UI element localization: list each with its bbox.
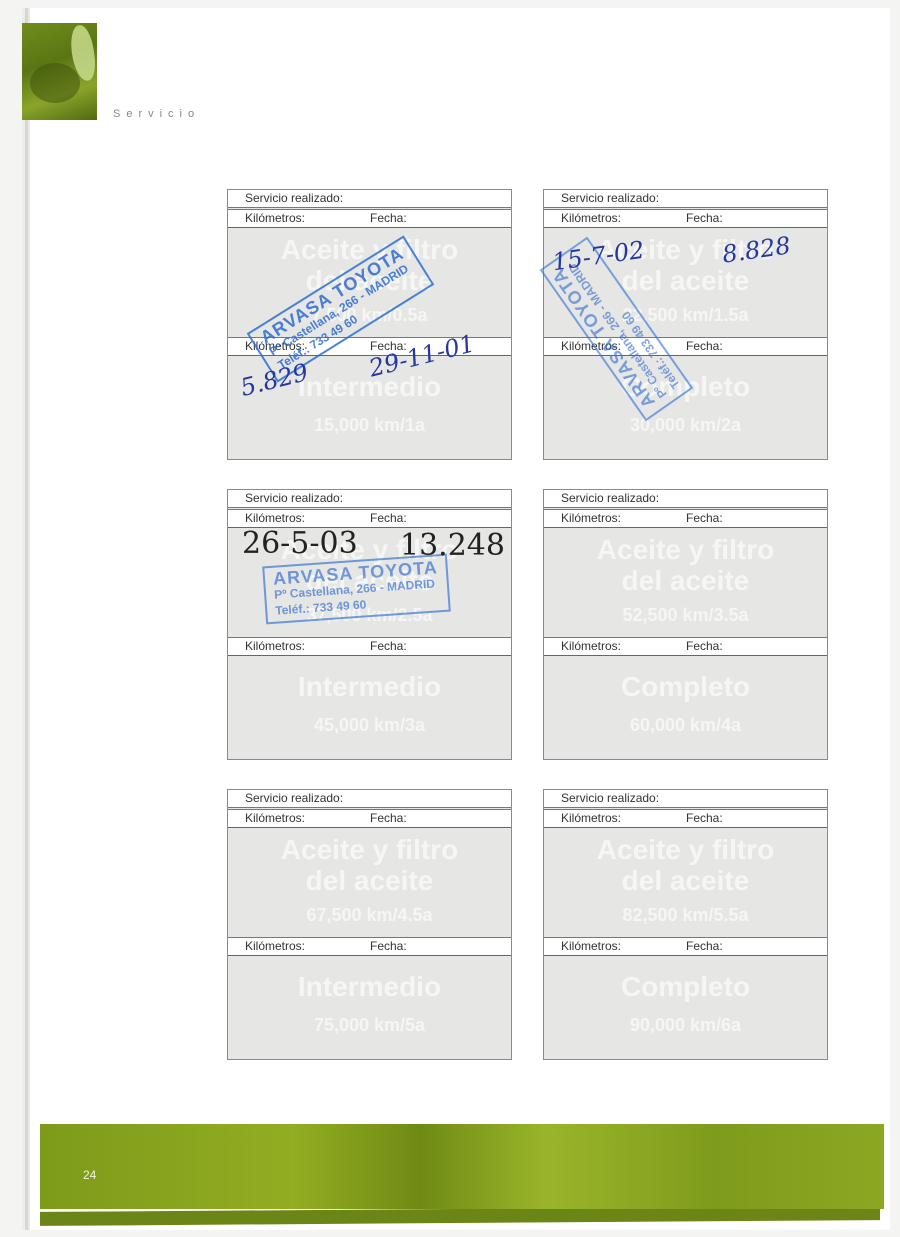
- km-date-row: Kilómetros:Fecha:: [544, 809, 827, 828]
- km-label: Kilómetros:: [245, 810, 305, 827]
- service-2-interval: 60,000 km/4a: [544, 714, 827, 736]
- km-date-row: Kilómetros:Fecha:: [544, 209, 827, 228]
- service-1-title-l2: del aceite: [544, 865, 827, 896]
- service-done-row: Servicio realizado:: [228, 790, 511, 808]
- service-done-row: Servicio realizado:: [228, 490, 511, 508]
- km-date-row: Kilómetros:Fecha:: [544, 937, 827, 956]
- km-label: Kilómetros:: [561, 810, 621, 827]
- service-1-interval: 67,500 km/4.5a: [228, 904, 511, 926]
- service-done-label: Servicio realizado:: [561, 490, 659, 507]
- service-done-row: Servicio realizado:: [544, 790, 827, 808]
- leaf-shadow: [30, 63, 80, 103]
- service-1-title-l1: Aceite y filtro: [544, 534, 827, 565]
- date-label: Fecha:: [686, 810, 723, 827]
- date-label: Fecha:: [686, 938, 723, 955]
- km-date-row: Kilómetros:Fecha:: [544, 637, 827, 656]
- service-2-interval: 30,000 km/2a: [544, 414, 827, 436]
- service-1-title-l1: Aceite y filtro: [544, 834, 827, 865]
- km-date-row: Kilómetros:Fecha:: [228, 937, 511, 956]
- km-date-row: Kilómetros:Fecha:: [228, 809, 511, 828]
- km-label: Kilómetros:: [561, 510, 621, 527]
- km-label: Kilómetros:: [245, 510, 305, 527]
- service-done-row: Servicio realizado:: [228, 190, 511, 208]
- service-1-title-l1: Aceite y filtro: [228, 834, 511, 865]
- page-number: 24: [83, 1168, 96, 1182]
- service-2-title: Intermedio: [228, 970, 511, 1004]
- service-2-block: Completo60,000 km/4a: [544, 670, 827, 750]
- date-label: Fecha:: [370, 510, 407, 527]
- handwritten-date: 26-5-03: [242, 526, 358, 561]
- km-date-row: Kilómetros:Fecha:: [544, 337, 827, 356]
- service-card-5: Servicio realizado: Kilómetros:Fecha: Ac…: [227, 789, 512, 1060]
- km-date-row: Kilómetros:Fecha:: [544, 509, 827, 528]
- service-done-label: Servicio realizado:: [561, 790, 659, 807]
- km-label: Kilómetros:: [561, 938, 621, 955]
- service-2-title: Completo: [544, 670, 827, 704]
- service-2-title: Intermedio: [228, 670, 511, 704]
- service-1-title-l2: del aceite: [544, 565, 827, 596]
- service-1-block: Aceite y filtrodel aceite82,500 km/5.5a: [544, 834, 827, 934]
- service-1-title-l2: del aceite: [228, 865, 511, 896]
- km-label: Kilómetros:: [561, 638, 621, 655]
- service-card-4: Servicio realizado: Kilómetros:Fecha: Ac…: [543, 489, 828, 760]
- header-leaf-image: [22, 23, 97, 120]
- service-2-interval: 45,000 km/3a: [228, 714, 511, 736]
- service-card-3: Servicio realizado: Kilómetros:Fecha: Ac…: [227, 489, 512, 760]
- section-label: Servicio: [113, 108, 200, 120]
- footer-band: 24: [40, 1124, 884, 1209]
- service-1-block: Aceite y filtrodel aceite52,500 km/3.5a: [544, 534, 827, 634]
- km-date-row: Kilómetros:Fecha:: [228, 637, 511, 656]
- date-label: Fecha:: [686, 210, 723, 227]
- date-label: Fecha:: [370, 938, 407, 955]
- date-label: Fecha:: [370, 638, 407, 655]
- km-label: Kilómetros:: [561, 210, 621, 227]
- date-label: Fecha:: [370, 810, 407, 827]
- service-2-block: Intermedio75,000 km/5a: [228, 970, 511, 1050]
- date-label: Fecha:: [686, 510, 723, 527]
- service-done-label: Servicio realizado:: [245, 190, 343, 207]
- date-label: Fecha:: [686, 638, 723, 655]
- service-2-interval: 90,000 km/6a: [544, 1014, 827, 1036]
- date-label: Fecha:: [370, 210, 407, 227]
- service-card-6: Servicio realizado: Kilómetros:Fecha: Ac…: [543, 789, 828, 1060]
- km-label: Kilómetros:: [245, 638, 305, 655]
- service-card-2: Servicio realizado: Kilómetros:Fecha: Ac…: [543, 189, 828, 460]
- service-1-block: Aceite y filtrodel aceite67,500 km/4.5a: [228, 834, 511, 934]
- service-1-interval: 52,500 km/3.5a: [544, 604, 827, 626]
- service-2-interval: 15,000 km/1a: [228, 414, 511, 436]
- date-label: Fecha:: [686, 338, 723, 355]
- km-label: Kilómetros:: [245, 938, 305, 955]
- service-done-row: Servicio realizado:: [544, 190, 827, 208]
- handwritten-km: 13.248: [400, 528, 505, 563]
- km-label: Kilómetros:: [245, 210, 305, 227]
- service-2-title: Completo: [544, 970, 827, 1004]
- service-done-row: Servicio realizado:: [544, 490, 827, 508]
- service-done-label: Servicio realizado:: [245, 490, 343, 507]
- service-done-label: Servicio realizado:: [245, 790, 343, 807]
- service-done-label: Servicio realizado:: [561, 190, 659, 207]
- service-2-block: Completo90,000 km/6a: [544, 970, 827, 1050]
- km-date-row: Kilómetros:Fecha:: [228, 209, 511, 228]
- service-2-block: Intermedio45,000 km/3a: [228, 670, 511, 750]
- service-card-1: Servicio realizado: Kilómetros:Fecha: Ac…: [227, 189, 512, 460]
- service-2-interval: 75,000 km/5a: [228, 1014, 511, 1036]
- service-1-interval: 82,500 km/5.5a: [544, 904, 827, 926]
